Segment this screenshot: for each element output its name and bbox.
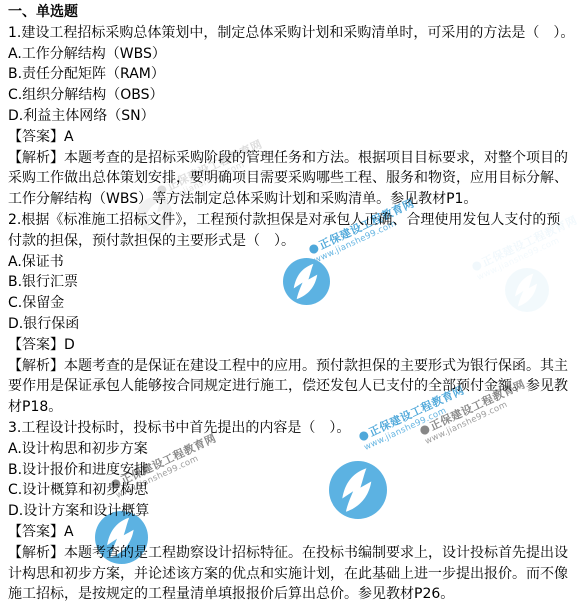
question-block-2: 2.根据《标准施工招标文件》，工程预付款担保是对承包人正确、合理使用发包人支付的… (8, 210, 583, 418)
option-item-d: D.银行保函 (8, 314, 583, 335)
option-item-c: C.保留金 (8, 293, 583, 314)
option-item-a: A.保证书 (8, 252, 583, 273)
answer-line: 【答案】A (8, 522, 583, 543)
option-item-a: A.工作分解结构（WBS） (8, 44, 583, 65)
question-stem: 3.工程设计投标时，投标书中首先提出的内容是（ ）。 (8, 418, 583, 439)
analysis-text: 【解析】本题考查的是招标采购阶段的管理任务和方法。根据项目目标要求，对整个项目的… (8, 148, 583, 210)
option-item-a: A.设计构思和初步方案 (8, 439, 583, 460)
option-item-c: C.组织分解结构（OBS） (8, 85, 583, 106)
answer-line: 【答案】D (8, 335, 583, 356)
option-item-d: D.利益主体网络（SN） (8, 106, 583, 127)
section-title: 一、单选题 (8, 2, 583, 23)
option-item-b: B.设计报价和进度安排 (8, 460, 583, 481)
analysis-text: 【解析】本题考查的是保证在建设工程中的应用。预付款担保的主要形式为银行保函。其主… (8, 356, 583, 418)
question-stem: 1.建设工程招标采购总体策划中，制定总体采购计划和采购清单时，可采用的方法是（ … (8, 23, 583, 44)
document-page: 正保建设工程教育网 www.jianshe99.com 正保建设工程教育网 ww… (0, 0, 587, 604)
question-stem: 2.根据《标准施工招标文件》，工程预付款担保是对承包人正确、合理使用发包人支付的… (8, 210, 583, 252)
question-block-1: 1.建设工程招标采购总体策划中，制定总体采购计划和采购清单时，可采用的方法是（ … (8, 23, 583, 210)
exam-content: 一、单选题 1.建设工程招标采购总体策划中，制定总体采购计划和采购清单时，可采用… (0, 0, 587, 604)
option-item-c: C.设计概算和初步构思 (8, 480, 583, 501)
analysis-text: 【解析】本题考查的是工程勘察设计招标特征。在投标书编制要求上，设计投标首先提出设… (8, 543, 583, 604)
option-item-d: D.设计方案和设计概算 (8, 501, 583, 522)
option-item-b: B.银行汇票 (8, 272, 583, 293)
option-item-b: B.责任分配矩阵（RAM） (8, 64, 583, 85)
question-block-3: 3.工程设计投标时，投标书中首先提出的内容是（ ）。 A.设计构思和初步方案 B… (8, 418, 583, 604)
answer-line: 【答案】A (8, 127, 583, 148)
